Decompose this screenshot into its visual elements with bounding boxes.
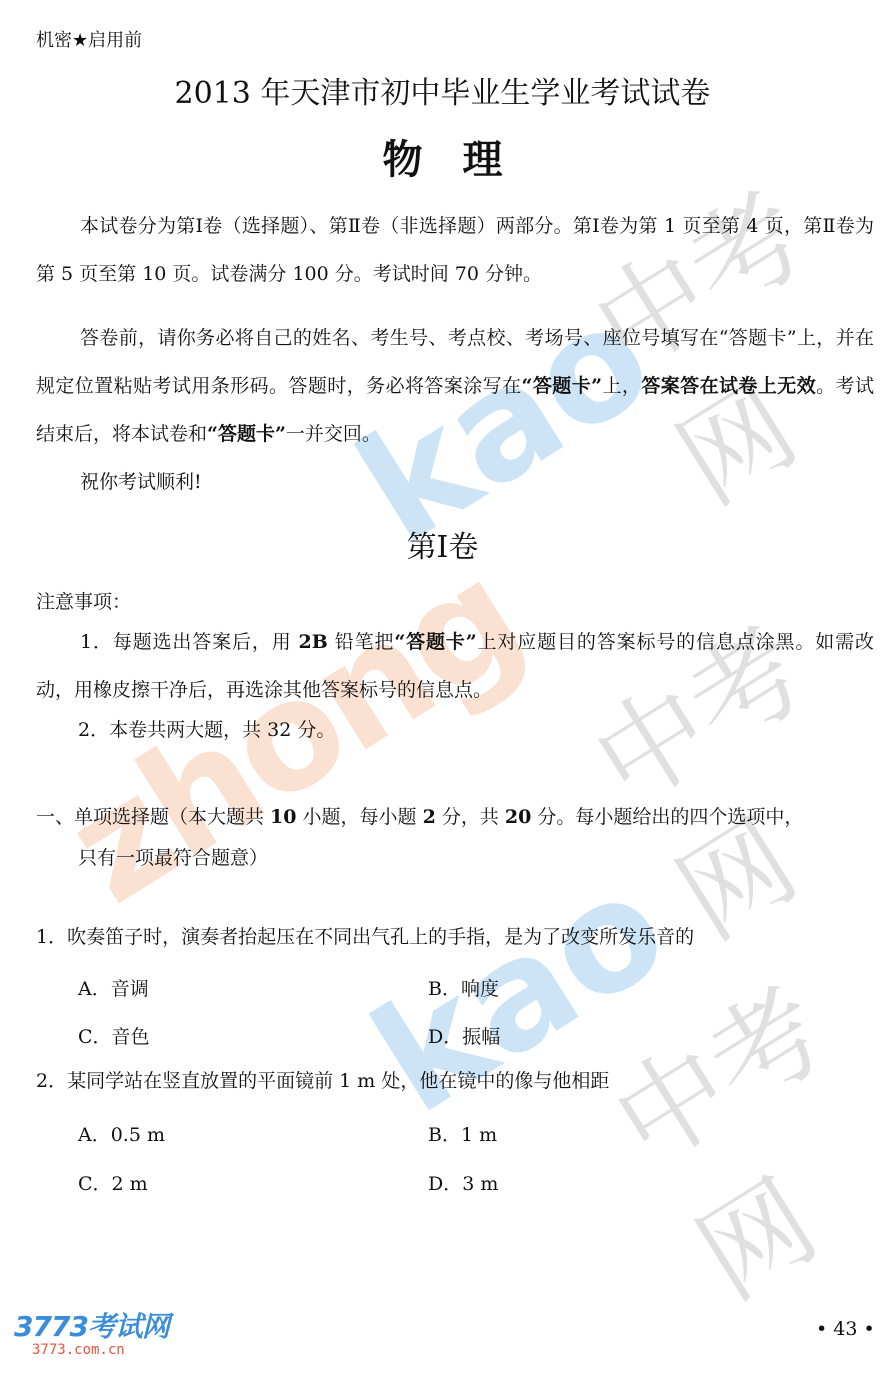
section1-heading: 一、单项选择题（本大题共 10 小题，每小题 2 分，共 20 分。每小题给出的… [36, 805, 803, 829]
watermark-kao: kao [345, 839, 695, 1148]
section1-heading-c: 小题，每小题 [297, 806, 423, 828]
notice1-a: 1．每题选出答案后，用 [80, 631, 299, 653]
question-2-option-a: A．0.5 m [78, 1120, 165, 1147]
site-logo[interactable]: 3773考试网 3773.com.cn [14, 1312, 169, 1358]
intro-p2-c: 上， [602, 375, 641, 397]
wish-text: 祝你考试顺利! [80, 470, 202, 494]
section1-heading-e: 分，共 [436, 806, 505, 828]
question-2-option-b: B．1 m [428, 1120, 497, 1147]
notice-item-2: 2．本卷共两大题，共 32 分。 [78, 718, 335, 742]
question-1-option-d: D．振幅 [428, 1022, 500, 1049]
section1-heading-b: 10 [270, 806, 296, 828]
confidential-label: 机密★启用前 [36, 26, 142, 52]
notice1-d: “答题卡” [394, 631, 476, 653]
exam-title: 2013 年天津市初中毕业生学业考试试卷 [0, 68, 885, 112]
volume-title: 第Ⅰ卷 [0, 522, 885, 566]
intro-p2-b: “答题卡” [522, 375, 603, 397]
logo-main-text: 3773考试网 [14, 1312, 169, 1342]
watermark-zhongkaowang-3: 中考网 [580, 898, 885, 1328]
page-number: • 43 • [816, 1318, 875, 1340]
question-2-option-d: D．3 m [428, 1169, 498, 1196]
notice-label: 注意事项： [36, 590, 131, 614]
intro-p2-f: “答题卡” [207, 423, 286, 445]
notice-item-1: 1．每题选出答案后，用 2B 铅笔把“答题卡”上对应题目的答案标号的信息点涂黑。… [36, 618, 874, 714]
question-1-option-a: A．音调 [78, 974, 149, 1001]
question-2-option-c: C．2 m [78, 1169, 148, 1196]
notice1-c: 铅笔把 [328, 631, 395, 653]
question-2-stem: 2．某同学站在竖直放置的平面镜前 1 m 处，他在镜中的像与他相距 [36, 1069, 609, 1093]
intro-p2-g: 一并交回。 [286, 423, 381, 445]
exam-page: kao zhong kao 中考网 中考网 中考网 机密★启用前 2013 年天… [0, 0, 885, 1377]
section1-heading-d: 2 [423, 806, 436, 828]
intro-paragraph-1: 本试卷分为第Ⅰ卷（选择题）、第Ⅱ卷（非选择题）两部分。第Ⅰ卷为第 1 页至第 4… [36, 202, 874, 298]
section1-heading-a: 一、单项选择题（本大题共 [36, 806, 270, 828]
subject-title: 物理 [0, 128, 885, 185]
question-1-option-c: C．音色 [78, 1022, 150, 1049]
intro-p2-d: 答案答在试卷上无效 [641, 375, 816, 397]
notice1-b: 2B [299, 631, 328, 653]
section1-heading-line2: 只有一项最符合题意） [78, 846, 268, 870]
watermark-zhongkaowang-2: 中考网 [560, 528, 885, 968]
question-1-option-b: B．响度 [428, 974, 499, 1001]
logo-url-text: 3773.com.cn [32, 1342, 169, 1358]
section1-heading-g: 分。每小题给出的四个选项中， [531, 806, 803, 828]
intro-paragraph-2: 答卷前，请你务必将自己的姓名、考生号、考点校、考场号、座位号填写在“答题卡”上，… [36, 314, 874, 458]
section1-heading-f: 20 [505, 806, 531, 828]
question-1-stem: 1．吹奏笛子时，演奏者抬起压在不同出气孔上的手指，是为了改变所发乐音的 [36, 925, 694, 949]
